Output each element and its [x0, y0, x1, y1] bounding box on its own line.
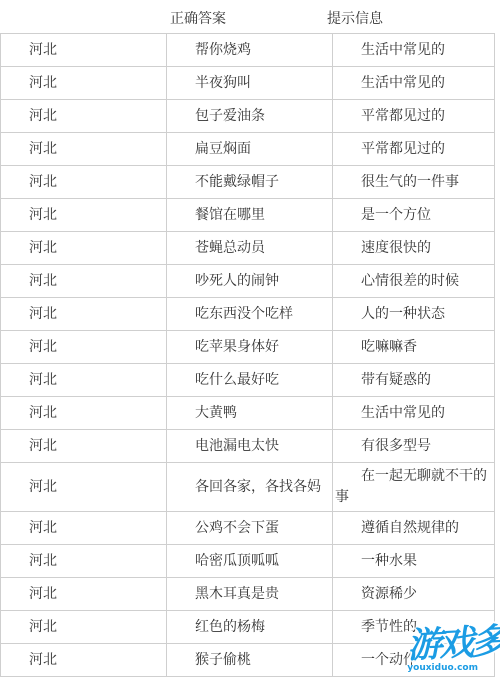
answer-cell: 帮你烧鸡	[167, 34, 333, 67]
table-row: 河北 吵死人的闹钟 心情很差的时候	[1, 265, 495, 298]
region-cell: 河北	[1, 463, 167, 512]
region-cell: 河北	[1, 67, 167, 100]
region-cell: 河北	[1, 545, 167, 578]
region-cell: 河北	[1, 430, 167, 463]
hint-cell: 平常都见过的	[333, 100, 495, 133]
hint-cell: 生活中常见的	[333, 34, 495, 67]
answer-cell: 吃苹果身体好	[167, 331, 333, 364]
hint-cell: 生活中常见的	[333, 397, 495, 430]
table-row: 河北 猴子偷桃 一个动作	[1, 644, 495, 677]
hint-cell: 很生气的一件事	[333, 166, 495, 199]
table-row: 河北 帮你烧鸡 生活中常见的	[1, 34, 495, 67]
answers-table-body: 河北 帮你烧鸡 生活中常见的 河北 半夜狗叫 生活中常见的 河北 包子爱油条 平…	[1, 34, 495, 677]
quiz-answers-page: 正确答案 提示信息 河北 帮你烧鸡 生活中常见的 河北 半夜狗叫 生活中常见的 …	[0, 0, 500, 677]
table-row: 河北 包子爱油条 平常都见过的	[1, 100, 495, 133]
table-row: 河北 大黄鸭 生活中常见的	[1, 397, 495, 430]
region-cell: 河北	[1, 611, 167, 644]
answer-cell: 电池漏电太快	[167, 430, 333, 463]
region-cell: 河北	[1, 133, 167, 166]
region-cell: 河北	[1, 199, 167, 232]
answer-cell: 哈密瓜顶呱呱	[167, 545, 333, 578]
hint-cell: 生活中常见的	[333, 67, 495, 100]
table-row: 河北 吃东西没个吃样 人的一种状态	[1, 298, 495, 331]
region-cell: 河北	[1, 100, 167, 133]
region-cell: 河北	[1, 166, 167, 199]
table-header: 正确答案 提示信息	[0, 0, 500, 33]
answer-cell: 各回各家，各找各妈	[167, 463, 333, 512]
hint-cell: 平常都见过的	[333, 133, 495, 166]
table-row: 河北 苍蝇总动员 速度很快的	[1, 232, 495, 265]
region-cell: 河北	[1, 265, 167, 298]
answer-cell: 吃什么最好吃	[167, 364, 333, 397]
answer-cell: 扁豆焖面	[167, 133, 333, 166]
region-cell: 河北	[1, 512, 167, 545]
answer-cell: 公鸡不会下蛋	[167, 512, 333, 545]
hint-cell: 一个动作	[333, 644, 495, 677]
table-row: 河北 半夜狗叫 生活中常见的	[1, 67, 495, 100]
region-cell: 河北	[1, 331, 167, 364]
hint-cell: 有很多型号	[333, 430, 495, 463]
answers-table: 河北 帮你烧鸡 生活中常见的 河北 半夜狗叫 生活中常见的 河北 包子爱油条 平…	[0, 33, 495, 677]
region-cell: 河北	[1, 578, 167, 611]
column-header-hint: 提示信息	[327, 8, 383, 28]
answer-cell: 餐馆在哪里	[167, 199, 333, 232]
answer-cell: 苍蝇总动员	[167, 232, 333, 265]
region-cell: 河北	[1, 644, 167, 677]
region-cell: 河北	[1, 364, 167, 397]
table-row: 河北 黑木耳真是贵 资源稀少	[1, 578, 495, 611]
hint-cell: 季节性的	[333, 611, 495, 644]
hint-cell: 心情很差的时候	[333, 265, 495, 298]
table-row: 河北 哈密瓜顶呱呱 一种水果	[1, 545, 495, 578]
region-cell: 河北	[1, 34, 167, 67]
table-row: 河北 电池漏电太快 有很多型号	[1, 430, 495, 463]
hint-cell: 带有疑惑的	[333, 364, 495, 397]
hint-cell: 在一起无聊就不干的事	[333, 463, 495, 512]
table-row: 河北 公鸡不会下蛋 遵循自然规律的	[1, 512, 495, 545]
region-cell: 河北	[1, 397, 167, 430]
region-cell: 河北	[1, 298, 167, 331]
table-row: 河北 各回各家，各找各妈 在一起无聊就不干的事	[1, 463, 495, 512]
answer-cell: 包子爱油条	[167, 100, 333, 133]
answer-cell: 吵死人的闹钟	[167, 265, 333, 298]
answer-cell: 猴子偷桃	[167, 644, 333, 677]
hint-cell: 一种水果	[333, 545, 495, 578]
hint-cell: 速度很快的	[333, 232, 495, 265]
hint-cell: 吃嘛嘛香	[333, 331, 495, 364]
answer-cell: 吃东西没个吃样	[167, 298, 333, 331]
column-header-answer: 正确答案	[170, 8, 226, 28]
table-row: 河北 吃什么最好吃 带有疑惑的	[1, 364, 495, 397]
table-row: 河北 餐馆在哪里 是一个方位	[1, 199, 495, 232]
table-row: 河北 扁豆焖面 平常都见过的	[1, 133, 495, 166]
table-row: 河北 红色的杨梅 季节性的	[1, 611, 495, 644]
hint-cell: 遵循自然规律的	[333, 512, 495, 545]
table-row: 河北 不能戴绿帽子 很生气的一件事	[1, 166, 495, 199]
hint-cell: 资源稀少	[333, 578, 495, 611]
region-cell: 河北	[1, 232, 167, 265]
answer-cell: 大黄鸭	[167, 397, 333, 430]
answer-cell: 不能戴绿帽子	[167, 166, 333, 199]
hint-cell: 人的一种状态	[333, 298, 495, 331]
answer-cell: 半夜狗叫	[167, 67, 333, 100]
answer-cell: 黑木耳真是贵	[167, 578, 333, 611]
table-row: 河北 吃苹果身体好 吃嘛嘛香	[1, 331, 495, 364]
hint-cell: 是一个方位	[333, 199, 495, 232]
answer-cell: 红色的杨梅	[167, 611, 333, 644]
